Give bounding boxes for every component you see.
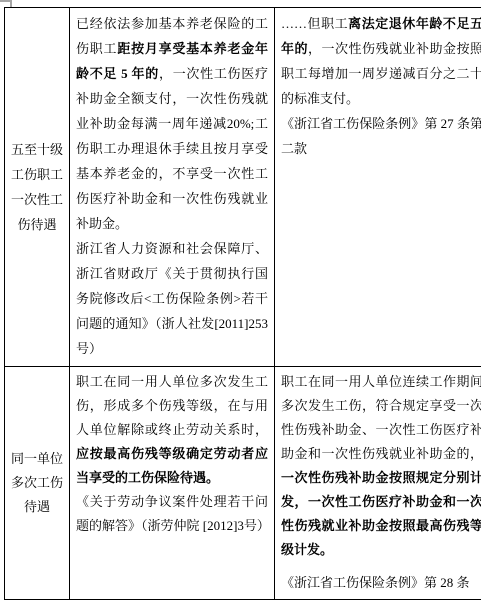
basis-paragraph: 职工在同一用人单位连续工作期间多次发生工伤，符合规定享受一次性伤残补助金、一次性… xyxy=(281,370,481,562)
row-header-cell: 五至十级工伤职工一次性工伤待遇 xyxy=(5,8,70,367)
text-run: 职工在同一用人单位多次发生工伤，形成多个伤残等级，在与用人单位解除或终止劳动关系… xyxy=(76,374,268,437)
text-run: 职工在同一用人单位连续工作期间多次发生工伤，符合规定享受一次性伤残补助金、一次性… xyxy=(281,374,481,461)
row-header-text: 同一单位多次工伤待遇 xyxy=(11,451,63,514)
row-header-text: 五至十级工伤职工一次性工伤待遇 xyxy=(11,142,63,232)
policy-cell: 已经依法参加基本养老保险的工伤职工距按月享受基本养老金年龄不足 5 年的，一次性… xyxy=(70,8,275,367)
citation-paragraph: 浙江省人力资源和社会保障厅、浙江省财政厅《关于贯彻执行国务院修改后<工伤保险条例… xyxy=(76,236,268,361)
policy-paragraph: 已经依法参加基本养老保险的工伤职工距按月享受基本养老金年龄不足 5 年的，一次性… xyxy=(76,11,268,236)
text-run: ，一次性伤残就业补助金按照职工每增加一周岁递减百分之二十的标准支付。 xyxy=(281,41,481,106)
text-run: ，一次性工伤医疗补助金全额支付，一次性伤残就业补助金每满一周年递减20%;工伤职… xyxy=(76,66,268,231)
document-page: 五至十级工伤职工一次性工伤待遇 已经依法参加基本养老保险的工伤职工距按月享受基本… xyxy=(0,0,481,607)
policy-cell: 职工在同一用人单位多次发生工伤，形成多个伤残等级，在与用人单位解除或终止劳动关系… xyxy=(70,367,275,600)
citation-paragraph: 《关于劳动争议案件处理若干问题的解答》（浙劳仲院 [2012]3号） xyxy=(76,490,268,538)
benefits-table: 五至十级工伤职工一次性工伤待遇 已经依法参加基本养老保险的工伤职工距按月享受基本… xyxy=(4,7,481,600)
text-run: 《关于劳动争议案件处理若干问题的解答》（浙劳仲院 [2012]3号） xyxy=(76,494,270,533)
legal-basis-cell: 职工在同一用人单位连续工作期间多次发生工伤，符合规定享受一次性伤残补助金、一次性… xyxy=(275,367,481,600)
text-run: 《浙江省工伤保险条例》第 28 条 xyxy=(281,575,470,590)
text-run-bold: 一次性伤残补助金按照规定分别计发，一次性工伤医疗补助金和一次性伤残就业补助金按照… xyxy=(281,470,481,557)
legal-basis-cell: ……但职工离法定退休年龄不足五年的，一次性伤残就业补助金按照职工每增加一周岁递减… xyxy=(275,8,481,367)
text-run: ……但职工 xyxy=(281,16,348,31)
crop-corner-mark-vertical xyxy=(10,0,12,7)
table-row: 五至十级工伤职工一次性工伤待遇 已经依法参加基本养老保险的工伤职工距按月享受基本… xyxy=(5,8,481,367)
table-row: 同一单位多次工伤待遇 职工在同一用人单位多次发生工伤，形成多个伤残等级，在与用人… xyxy=(5,367,481,600)
text-run: 《浙江省工伤保险条例》第 27 条第二款 xyxy=(281,116,481,156)
citation-paragraph: 《浙江省工伤保险条例》第 27 条第二款 xyxy=(281,111,481,161)
text-run: 浙江省人力资源和社会保障厅、浙江省财政厅《关于贯彻执行国务院修改后<工伤保险条例… xyxy=(76,241,268,356)
basis-paragraph: ……但职工离法定退休年龄不足五年的，一次性伤残就业补助金按照职工每增加一周岁递减… xyxy=(281,11,481,111)
citation-paragraph: 《浙江省工伤保险条例》第 28 条 xyxy=(281,571,481,595)
row-header-cell: 同一单位多次工伤待遇 xyxy=(5,367,70,600)
policy-paragraph: 职工在同一用人单位多次发生工伤，形成多个伤残等级，在与用人单位解除或终止劳动关系… xyxy=(76,370,268,490)
text-run-bold: 应按最高伤残等级确定劳动者应当享受的工伤保险待遇。 xyxy=(76,446,268,485)
